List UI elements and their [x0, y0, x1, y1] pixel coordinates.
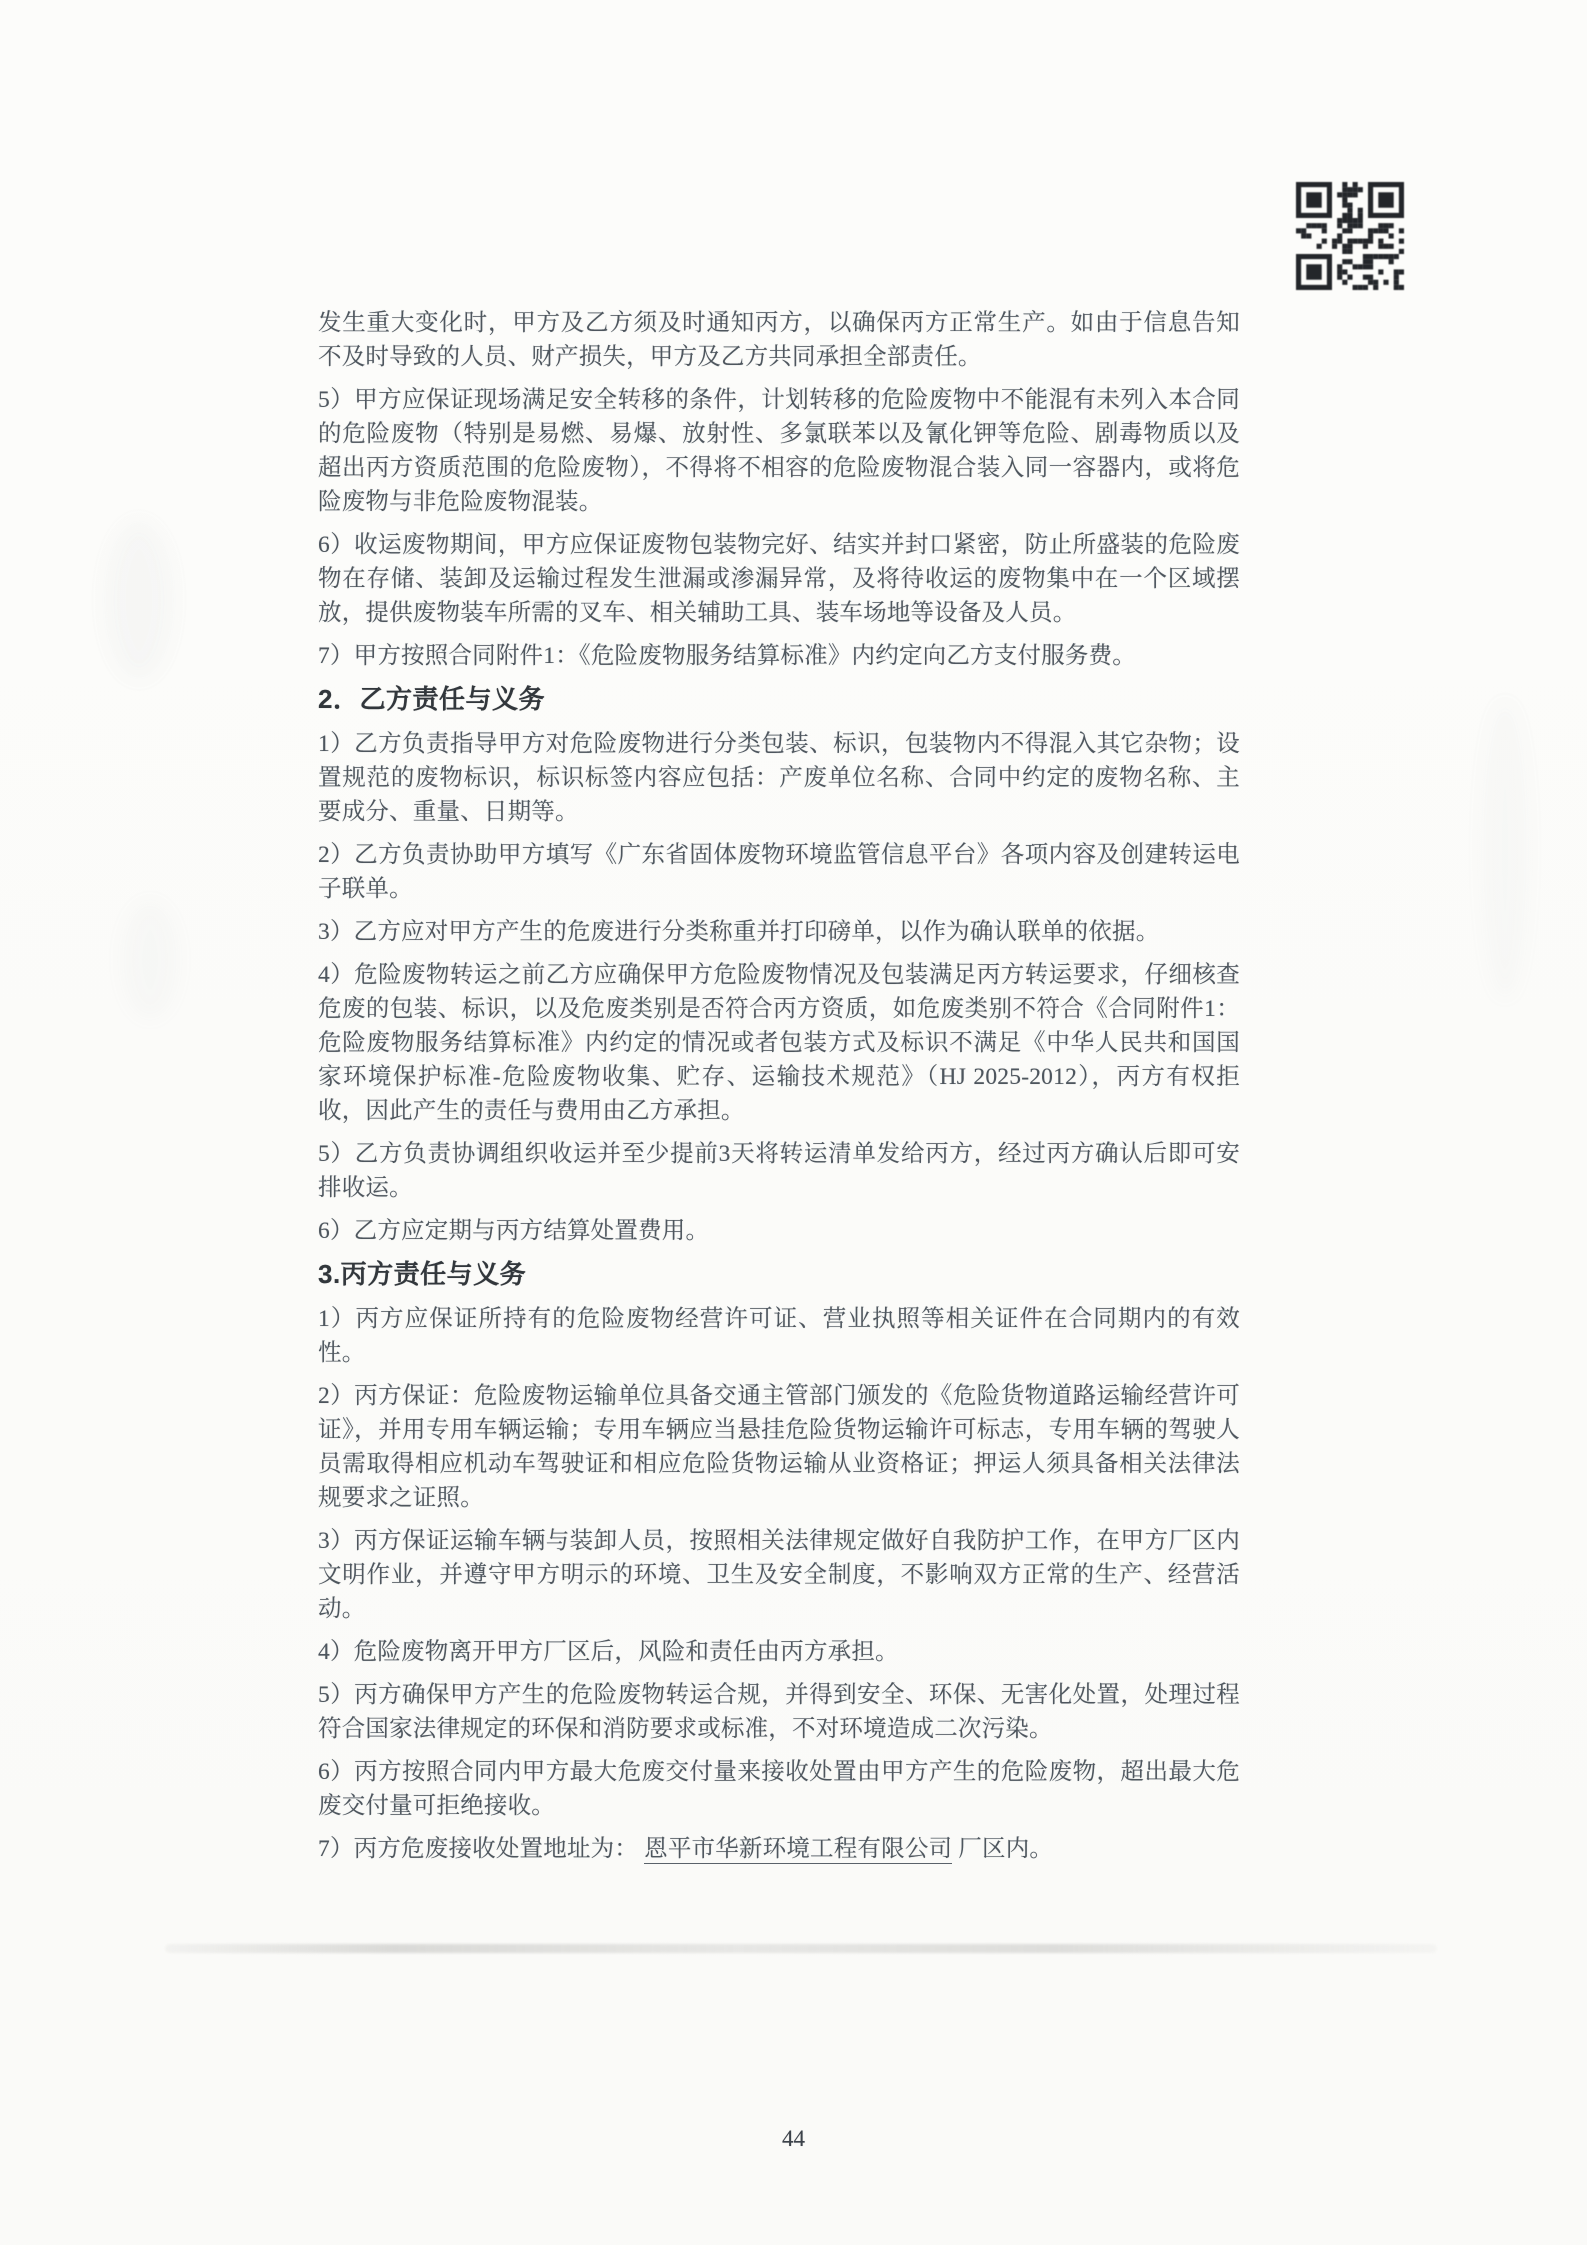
- page-number: 44: [0, 2126, 1587, 2152]
- paragraph-section1-item-5: 5）甲方应保证现场满足安全转移的条件，计划转移的危险废物中不能混有未列入本合同的…: [318, 383, 1240, 519]
- paragraph-section2-item-1: 1）乙方负责指导甲方对危险废物进行分类包装、标识，包装物内不得混入其它杂物；设置…: [318, 727, 1240, 829]
- paragraph-section2-item-6: 6）乙方应定期与丙方结算处置费用。: [318, 1214, 1240, 1248]
- paragraph-section3-item-4: 4）危险废物离开甲方厂区后，风险和责任由丙方承担。: [318, 1635, 1240, 1669]
- underlined-company-name: 恩平市华新环境工程有限公司: [644, 1836, 952, 1864]
- document-page: 发生重大变化时，甲方及乙方须及时通知丙方，以确保丙方正常生产。如由于信息告知不及…: [0, 0, 1587, 2245]
- paragraph-section2-item-4: 4）危险废物转运之前乙方应确保甲方危险废物情况及包装满足丙方转运要求，仔细核查危…: [318, 958, 1240, 1128]
- paragraph-section3-item-6: 6）丙方按照合同内甲方最大危废交付量来接收处置由甲方产生的危险废物，超出最大危废…: [318, 1755, 1240, 1823]
- scan-smudge: [120, 900, 180, 1020]
- paragraph-section1-item-7: 7）甲方按照合同附件1：《危险废物服务结算标准》内约定向乙方支付服务费。: [318, 639, 1240, 673]
- paragraph-section3-item-3: 3）丙方保证运输车辆与装卸人员，按照相关法律规定做好自我防护工作，在甲方厂区内文…: [318, 1524, 1240, 1626]
- contract-text: 发生重大变化时，甲方及乙方须及时通知丙方，以确保丙方正常生产。如由于信息告知不及…: [318, 306, 1240, 1875]
- qr-code-image: [1296, 182, 1404, 290]
- paragraph-section1-continuation: 发生重大变化时，甲方及乙方须及时通知丙方，以确保丙方正常生产。如由于信息告知不及…: [318, 306, 1240, 374]
- paragraph-section3-item-2: 2）丙方保证：危险废物运输单位具备交通主管部门颁发的《危险货物道路运输经营许可证…: [318, 1379, 1240, 1515]
- qr-code: [1296, 182, 1404, 290]
- section-heading-party-b: 2．乙方责任与义务: [318, 682, 1240, 716]
- paragraph-section1-item-6: 6）收运废物期间，甲方应保证废物包装物完好、结实并封口紧密，防止所盛装的危险废物…: [318, 528, 1240, 630]
- paragraph-section3-item-7: 7）丙方危废接收处置地址为： 恩平市华新环境工程有限公司 厂区内。: [318, 1832, 1240, 1866]
- paragraph-section3-item-5: 5）丙方确保甲方产生的危险废物转运合规，并得到安全、环保、无害化处置，处理过程符…: [318, 1678, 1240, 1746]
- paragraph-section2-item-2: 2）乙方负责协助甲方填写《广东省固体废物环境监管信息平台》各项内容及创建转运电子…: [318, 838, 1240, 906]
- address-suffix: 厂区内。: [952, 1836, 1053, 1862]
- scan-smudge: [104, 520, 174, 680]
- paragraph-section3-item-1: 1）丙方应保证所持有的危险废物经营许可证、营业执照等相关证件在合同期内的有效性。: [318, 1302, 1240, 1370]
- paragraph-section2-item-3: 3）乙方应对甲方产生的危废进行分类称重并打印磅单，以作为确认联单的依据。: [318, 915, 1240, 949]
- address-prefix: 7）丙方危废接收处置地址为：: [318, 1836, 644, 1862]
- scan-smudge: [1480, 700, 1530, 1000]
- scan-artifact-band: [165, 1944, 1437, 1953]
- section-heading-party-c: 3.丙方责任与义务: [318, 1257, 1240, 1291]
- paragraph-section2-item-5: 5）乙方负责协调组织收运并至少提前3天将转运清单发给丙方，经过丙方确认后即可安排…: [318, 1137, 1240, 1205]
